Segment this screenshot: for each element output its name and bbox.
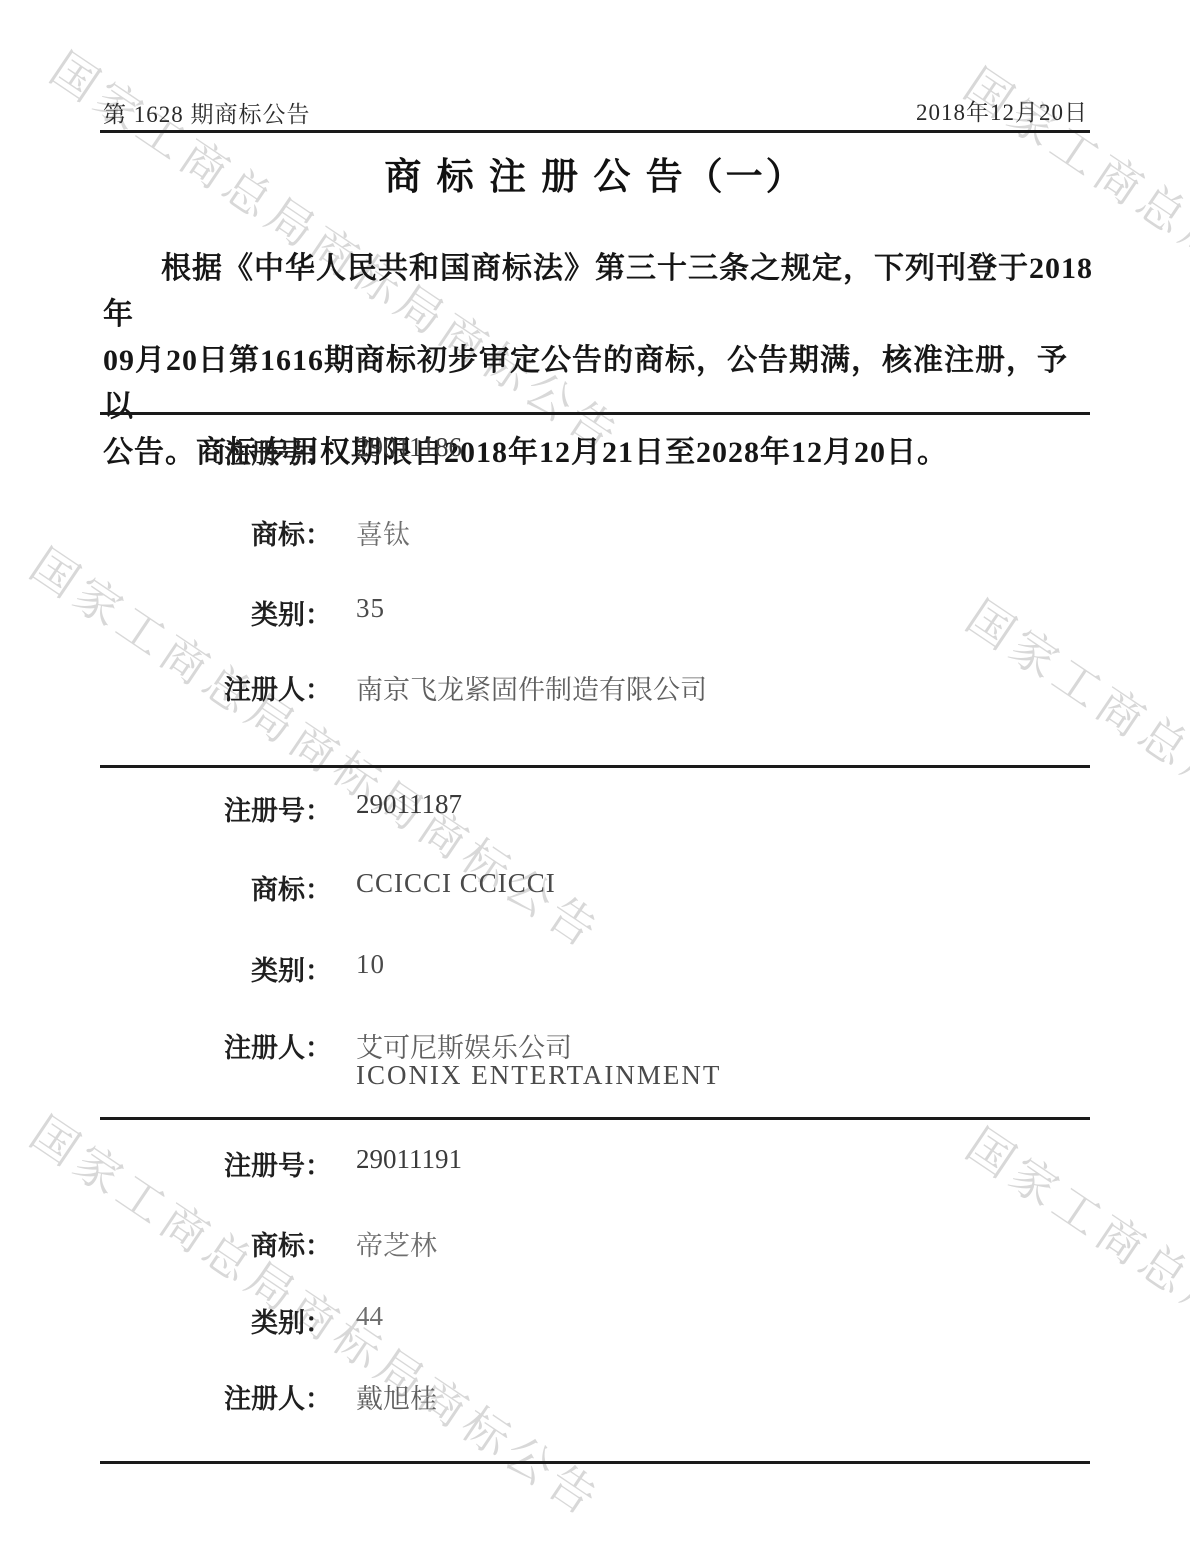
field-label-reg-no: 注册号： <box>100 1144 332 1183</box>
field-label-trademark: 商标： <box>100 1224 332 1263</box>
intro-line-1: 根据《中华人民共和国商标法》第三十三条之规定，下列刊登于2018年 <box>103 246 1093 338</box>
field-value-trademark: CCICCI CCICCI <box>356 868 556 899</box>
field-value-trademark: 帝芝林 <box>356 1224 437 1263</box>
bottom-rule <box>100 1461 1090 1464</box>
field-label-registrant: 注册人： <box>100 1377 332 1416</box>
field-label-category: 类别： <box>100 1301 332 1340</box>
field-value-registrant: 戴旭桂 <box>356 1377 437 1416</box>
field-label-registrant: 注册人： <box>100 1026 332 1065</box>
field-value-category: 35 <box>356 593 385 624</box>
field-label-reg-no: 注册号： <box>100 432 332 471</box>
entry-separator-2 <box>100 765 1090 768</box>
page-title: 商 标 注 册 公 告（一） <box>0 146 1190 200</box>
field-label-reg-no: 注册号： <box>100 789 332 828</box>
header-date: 2018年12月20日 <box>600 94 1088 127</box>
field-value-trademark: 喜钛 <box>356 513 410 552</box>
header-rule <box>100 130 1090 133</box>
field-label-registrant: 注册人： <box>100 668 332 707</box>
field-label-trademark: 商标： <box>100 513 332 552</box>
field-value-category: 44 <box>356 1301 383 1332</box>
field-value-reg-no: 29011186 <box>356 432 462 463</box>
entry-separator-3 <box>100 1117 1090 1120</box>
gazette-page: 国家工商总局商标局商标公告 国家工商总局商标局商标公告 国家工商总局商标局商标公… <box>0 0 1190 1564</box>
entry-separator-1 <box>100 412 1090 415</box>
field-label-category: 类别： <box>100 593 332 632</box>
field-value-registrant-en: ICONIX ENTERTAINMENT <box>356 1060 721 1091</box>
header-issue-number: 第 1628 期商标公告 <box>103 96 311 129</box>
field-value-reg-no: 29011191 <box>356 1144 462 1175</box>
field-value-reg-no: 29011187 <box>356 789 462 820</box>
intro-line-2: 09月20日第1616期商标初步审定公告的商标，公告期满，核准注册，予以 <box>103 338 1093 430</box>
document-content: 第 1628 期商标公告 2018年12月20日 商 标 注 册 公 告（一） … <box>0 0 1190 1564</box>
field-value-category: 10 <box>356 949 385 980</box>
field-label-category: 类别： <box>100 949 332 988</box>
field-value-registrant: 南京飞龙紧固件制造有限公司 <box>356 668 707 707</box>
field-label-trademark: 商标： <box>100 868 332 907</box>
